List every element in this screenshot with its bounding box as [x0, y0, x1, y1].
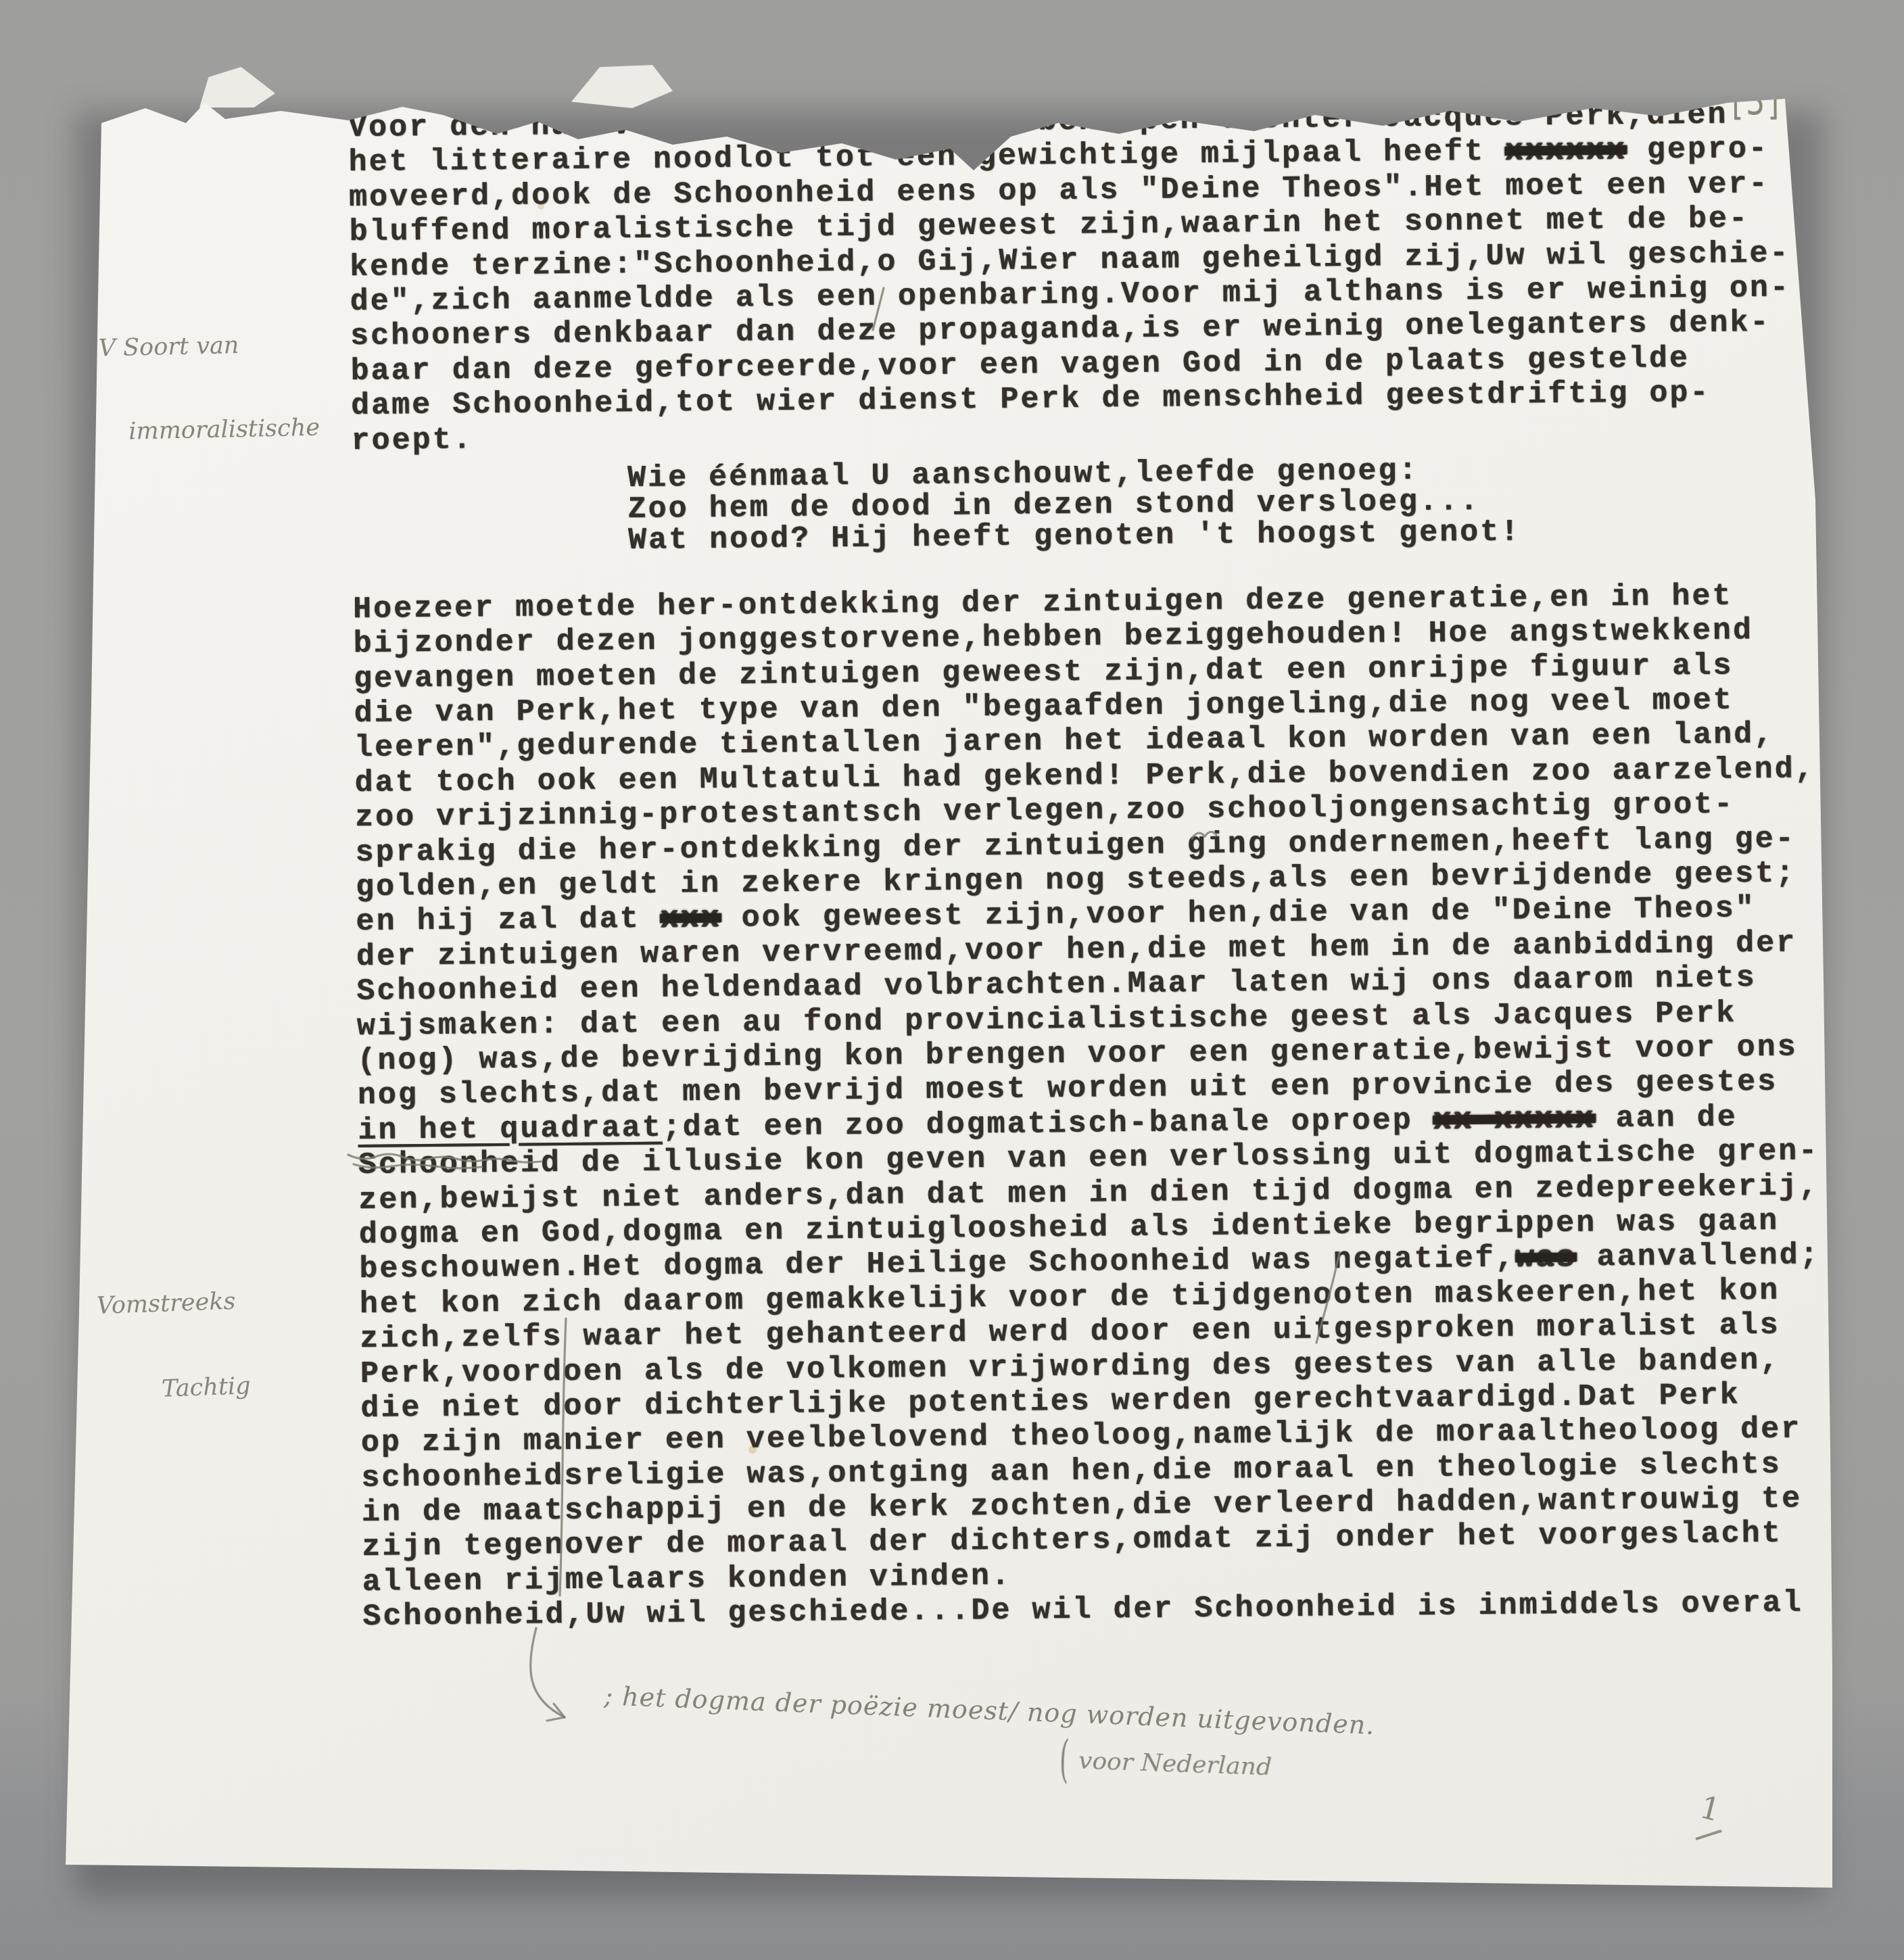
- margin-annotation-line: V Soort van: [98, 331, 318, 362]
- strikeout-text: xx xxxxx: [1433, 1101, 1596, 1137]
- document-page: [3] Voor den naïeven,zoo bekoorlijk onbe…: [64, 95, 1832, 1893]
- margin-annotation-line: Tachtig: [162, 1372, 252, 1403]
- margin-annotation: V Soort van immoralistische: [97, 277, 321, 500]
- page-number-annotation: [3]: [1732, 78, 1782, 125]
- pencil-corner-stroke: [1695, 1830, 1721, 1840]
- strikeout-text: xxx: [660, 901, 721, 936]
- margin-annotation-line: Vomstreeks: [96, 1287, 248, 1320]
- scan-background: [3] Voor den naïeven,zoo bekoorlijk onbe…: [0, 0, 1904, 1960]
- typed-text: [3] Voor den naïeven,zoo bekoorlijk onbe…: [348, 96, 1891, 1634]
- paragraph-2: Hoezeer moetde her-ontdekking der zintui…: [353, 577, 1891, 1634]
- poem-block: Wie éénmaal U aanschouwt,leefde genoeg: …: [627, 449, 1880, 554]
- strikeout-text: xxxxxx: [1505, 133, 1627, 169]
- strikeout-text: was: [1515, 1241, 1577, 1276]
- bottom-annotation: ; het dogma der poëzie moest/ nog worden…: [604, 1681, 1375, 1740]
- margin-annotation: Vomstreeks Tachtig: [94, 1233, 253, 1459]
- pencil-arrow-head: [547, 1704, 565, 1721]
- typed-text-segment: aan de: [1595, 1100, 1738, 1136]
- pencil-arrow: [531, 1628, 565, 1717]
- typed-text-segment: aanvallend;: [1576, 1239, 1820, 1275]
- bottom-annotation-line: voor Nederland: [1078, 1747, 1272, 1782]
- torn-paper-fragment: [199, 67, 275, 107]
- margin-annotation-line: immoralistische: [128, 414, 320, 446]
- typed-text-segment: gepro-: [1627, 132, 1769, 168]
- pencil-corner-mark: 1: [1696, 1788, 1724, 1828]
- underlined-text: in het quadraat: [358, 1110, 663, 1147]
- brace-mark: (: [1059, 1731, 1070, 1790]
- torn-paper-fragment: [571, 65, 673, 108]
- typed-text-segment: alleen rijmelaars konden vinden.: [362, 1559, 1012, 1600]
- typed-text-segment: en hij zal dat: [356, 902, 661, 939]
- bottom-annotation: (voor Nederland: [1059, 1746, 1272, 1782]
- typed-text-segment: roept.: [351, 423, 473, 458]
